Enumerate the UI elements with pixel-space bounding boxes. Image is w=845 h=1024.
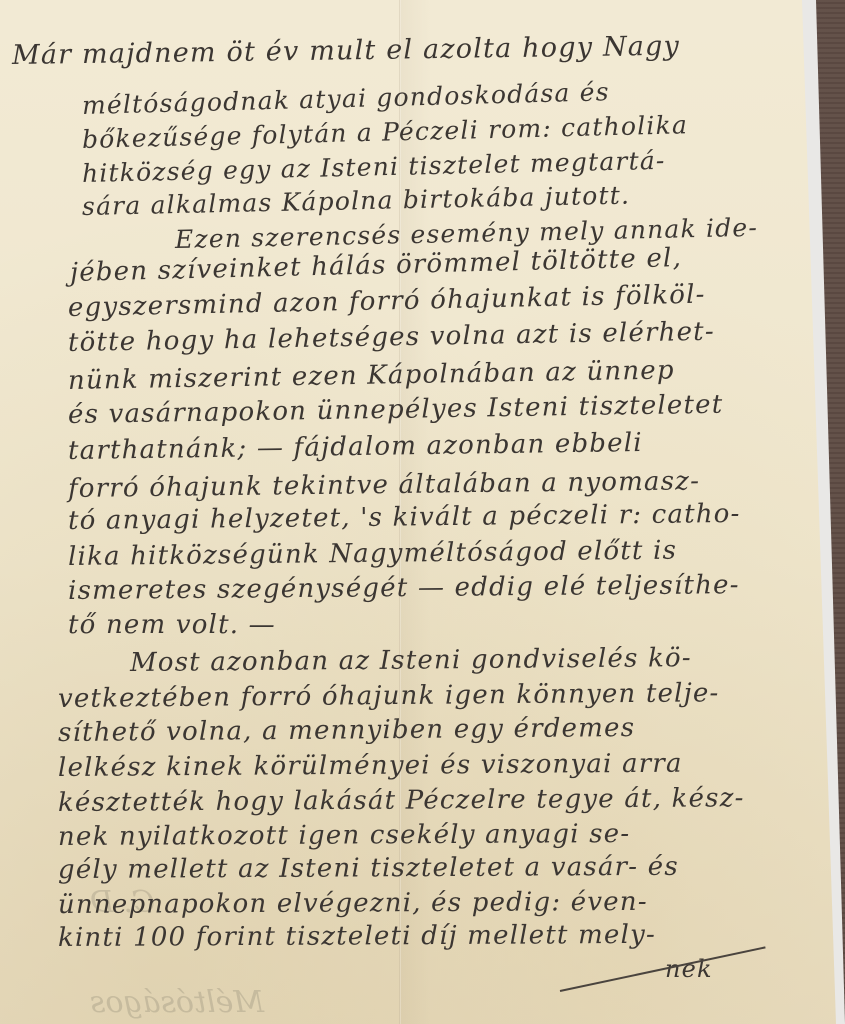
text-line: egyszersmind azon forró óhajunkat is föl…	[68, 280, 706, 323]
text-line: késztették hogy lakását Péczelre tegye á…	[58, 783, 745, 818]
text-line: nünk miszerint ezen Kápolnában az ünnep	[68, 355, 675, 396]
text-line: forró óhajunk tekintve általában a nyoma…	[68, 466, 700, 504]
text-line: gély mellett az Isteni tiszteletet a vas…	[58, 852, 679, 885]
text-line: lelkész kinek körülményei és viszonyai a…	[58, 749, 683, 783]
flourish-underline	[560, 946, 766, 992]
bleed-through-text: Méltóságos	[90, 985, 264, 1020]
text-line: lika hitközségünk Nagyméltóságod előtt i…	[68, 536, 677, 572]
text-line: Most azonban az Isteni gondviselés kö-	[130, 643, 692, 678]
text-line: tő nem volt. —	[68, 610, 276, 640]
text-line: tó anyagi helyzetet, 's kivált a péczeli…	[68, 499, 741, 536]
letter-body: C. D Méltóságos Már majdnem öt év mult e…	[0, 0, 845, 1024]
text-line: és vasárnapokon ünnepélyes Isteni tiszte…	[68, 390, 724, 430]
text-line: ismeretes szegénységét — eddig elé telje…	[68, 570, 740, 606]
text-line: Már majdnem öt év mult el azolta hogy Na…	[12, 31, 680, 71]
text-line: tarthatnánk; — fájdalom azonban ebbeli	[68, 428, 643, 466]
text-line: ünnepnapokon elvégezni, és pedig: éven-	[58, 887, 648, 920]
text-line: kinti 100 forint tiszteleti díj mellett …	[58, 920, 656, 953]
text-line: sára alkalmas Kápolna birtokába jutott.	[82, 181, 631, 221]
text-line: síthető volna, a mennyiben egy érdemes	[58, 713, 635, 748]
text-line: vetkeztében forró óhajunk igen könnyen t…	[58, 678, 720, 714]
text-line: tötte hogy ha lehetséges volna azt is el…	[68, 317, 715, 358]
text-line: nek nyilatkozott igen csekély anyagi se-	[58, 819, 630, 852]
